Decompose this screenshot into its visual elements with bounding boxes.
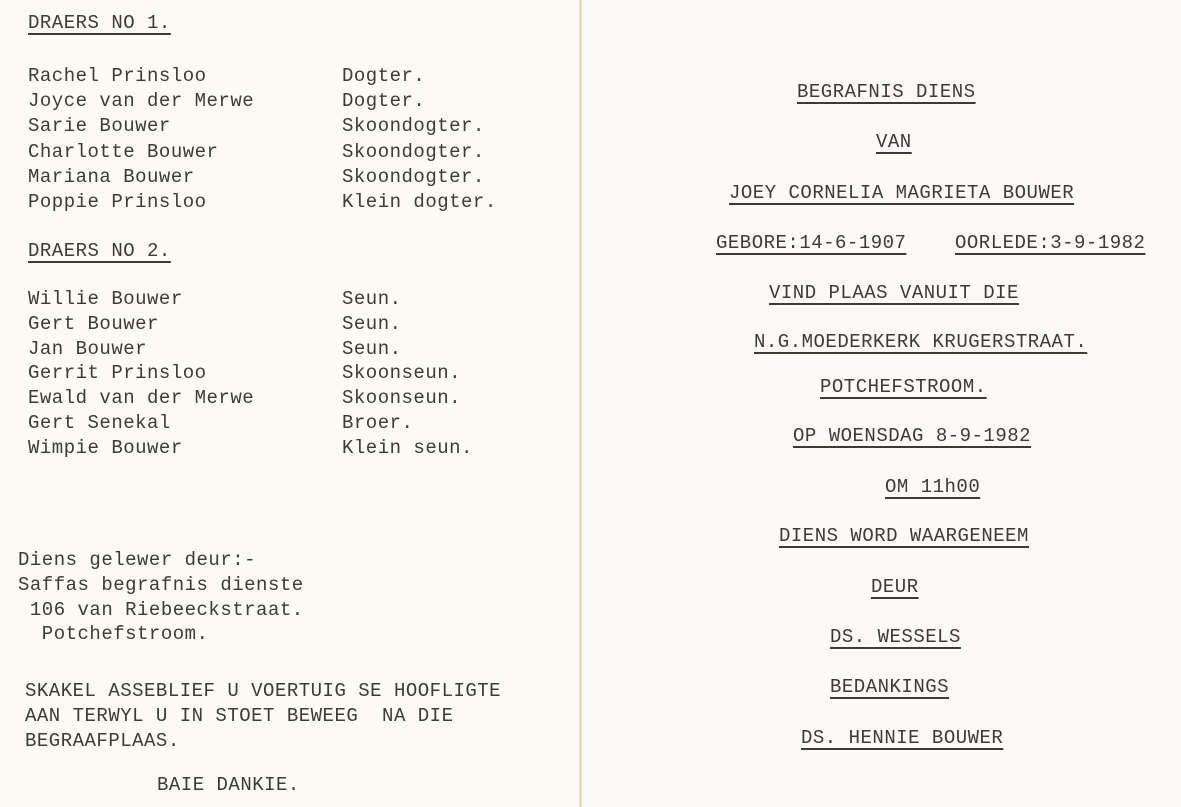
officiated-label: DIENS WORD WAARGENEEM	[779, 527, 1029, 546]
bearer-relation: Broer.	[342, 414, 413, 433]
bearer-name: Sarie Bouwer	[28, 117, 171, 136]
death-date: OORLEDE:3-9-1982	[955, 234, 1145, 253]
bearer-name: Poppie Prinsloo	[28, 193, 207, 212]
place-intro: VIND PLAAS VANUIT DIE	[769, 284, 1019, 303]
birth-date: GEBORE:14-6-1907	[716, 234, 906, 253]
service-time: OM 11h00	[885, 478, 980, 497]
bearer-relation: Skoondogter.	[342, 143, 485, 162]
bearer-relation: Skoondogter.	[342, 117, 485, 136]
thanks-text: BAIE DANKIE.	[157, 776, 300, 795]
bearer-relation: Skoonseun.	[342, 364, 461, 383]
service-by-line-4: Potchefstroom.	[18, 625, 208, 644]
left-page: DRAERS NO 1. Rachel PrinslooDogter.Joyce…	[0, 0, 580, 807]
minister-name: DS. WESSELS	[830, 628, 961, 647]
bearer-relation: Skoondogter.	[342, 168, 485, 187]
service-date: OP WOENSDAG 8-9-1982	[793, 427, 1031, 446]
service-by-line-1: Diens gelewer deur:-	[18, 551, 256, 570]
thanks-by-name: DS. HENNIE BOUWER	[801, 729, 1003, 748]
bearer-name: Gert Senekal	[28, 414, 171, 433]
deceased-name: JOEY CORNELIA MAGRIETA BOUWER	[729, 184, 1074, 203]
bearer-relation: Seun.	[342, 290, 402, 309]
bearer-relation: Seun.	[342, 315, 402, 334]
bearer-name: Charlotte Bouwer	[28, 143, 218, 162]
bearer-relation: Dogter.	[342, 67, 425, 86]
town-name: POTCHEFSTROOM.	[820, 378, 987, 397]
of-label: VAN	[876, 133, 912, 152]
bearers-2-heading: DRAERS NO 2.	[28, 242, 171, 261]
bearer-name: Rachel Prinsloo	[28, 67, 207, 86]
service-title: BEGRAFNIS DIENS	[797, 83, 976, 102]
notice-line-3: BEGRAAFPLAAS.	[25, 732, 180, 751]
right-page: BEGRAFNIS DIENS VAN JOEY CORNELIA MAGRIE…	[582, 0, 1181, 807]
bearer-relation: Skoonseun.	[342, 389, 461, 408]
notice-line-2: AAN TERWYL U IN STOET BEWEEG NA DIE	[25, 707, 453, 726]
bearer-relation: Klein seun.	[342, 439, 473, 458]
bearer-name: Joyce van der Merwe	[28, 92, 254, 111]
bearer-name: Ewald van der Merwe	[28, 389, 254, 408]
thanks-heading: BEDANKINGS	[830, 678, 949, 697]
bearers-1-heading: DRAERS NO 1.	[28, 14, 171, 33]
notice-line-1: SKAKEL ASSEBLIEF U VOERTUIG SE HOOFLIGTE	[25, 682, 501, 701]
bearer-relation: Seun.	[342, 340, 402, 359]
bearer-relation: Klein dogter.	[342, 193, 497, 212]
bearer-name: Jan Bouwer	[28, 340, 147, 359]
bearer-relation: Dogter.	[342, 92, 425, 111]
service-by-line-2: Saffas begrafnis dienste	[18, 576, 304, 595]
bearer-name: Wimpie Bouwer	[28, 439, 183, 458]
by-label: DEUR	[871, 578, 919, 597]
bearer-name: Mariana Bouwer	[28, 168, 195, 187]
bearer-name: Willie Bouwer	[28, 290, 183, 309]
service-by-line-3: 106 van Riebeeckstraat.	[18, 601, 304, 620]
bearer-name: Gerrit Prinsloo	[28, 364, 207, 383]
church-name: N.G.MOEDERKERK KRUGERSTRAAT.	[754, 333, 1087, 352]
bearer-name: Gert Bouwer	[28, 315, 159, 334]
